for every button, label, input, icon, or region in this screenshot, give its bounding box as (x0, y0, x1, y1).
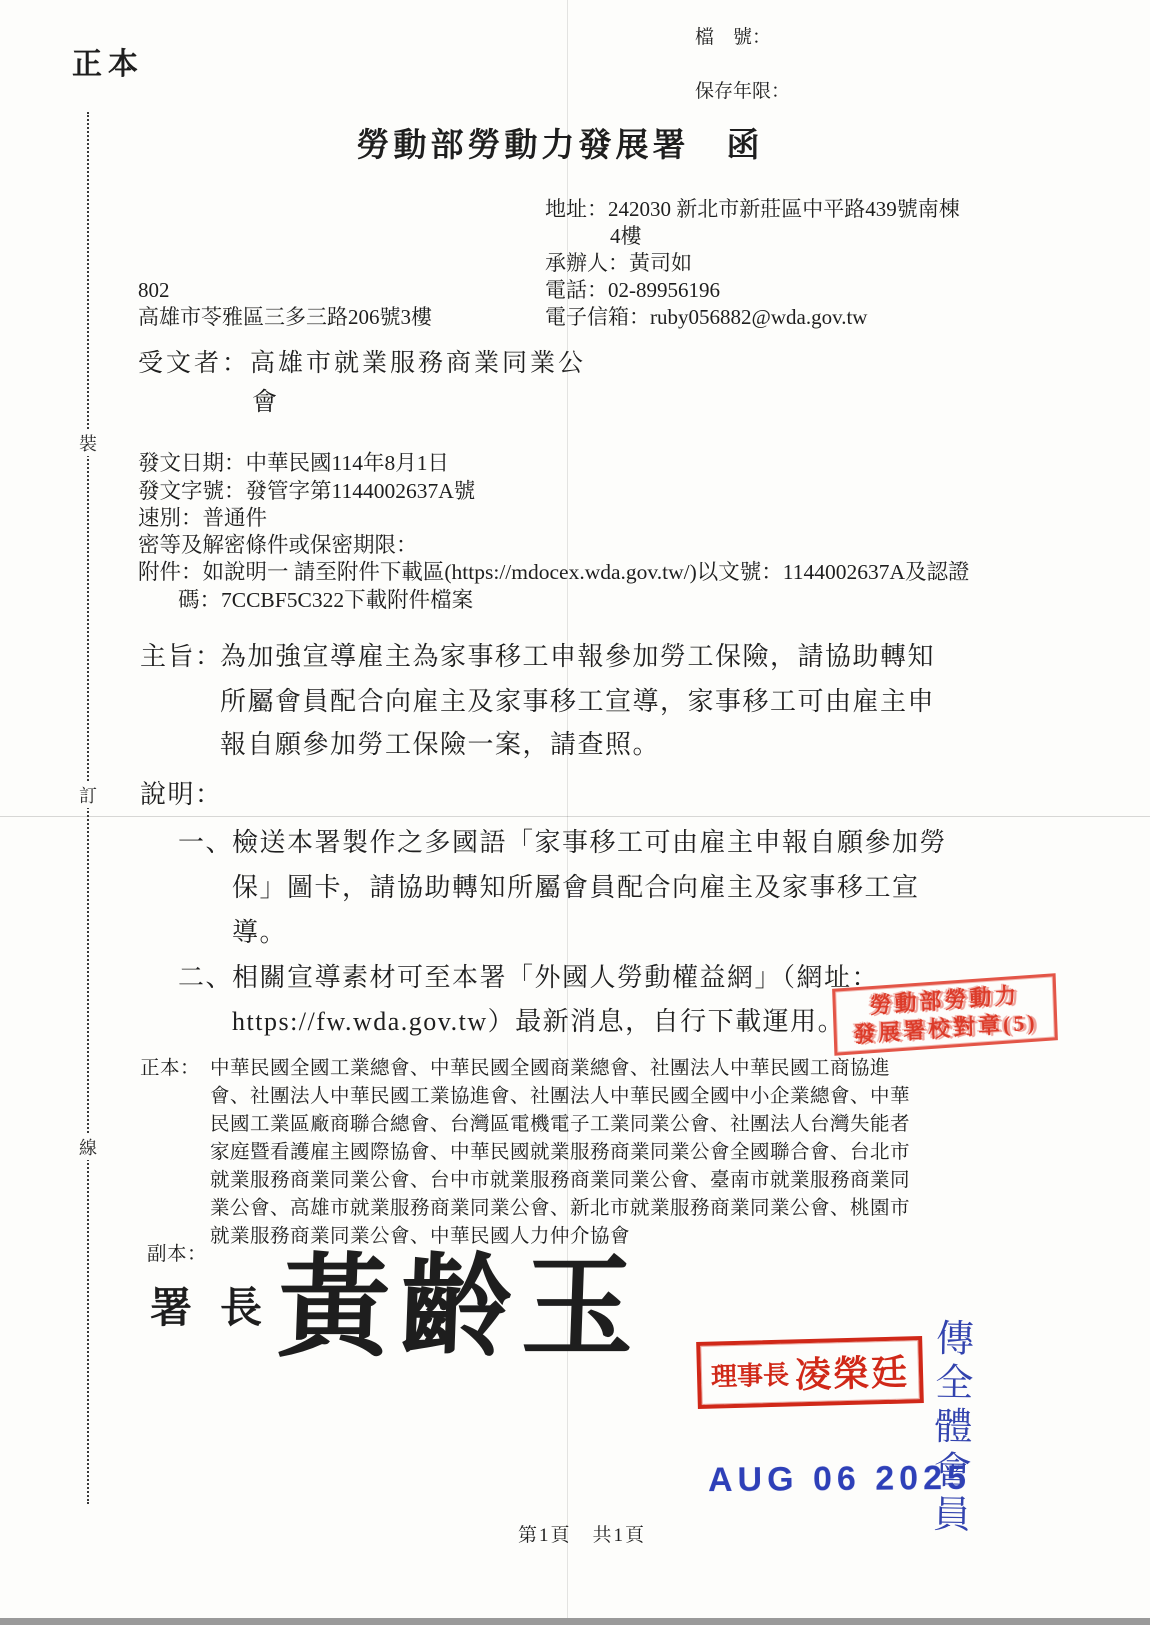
scan-artifact-line (0, 816, 1150, 817)
meta-doc-number: 發文字號：發管字第1144002637A號 (138, 478, 475, 505)
binding-mark-xian: 線 (74, 1134, 102, 1160)
cc-line: 業公會、高雄市就業服務商業同業公會、新北市就業服務商業同業公會、桃園市 (210, 1197, 910, 1221)
recipient-address: 高雄市苓雅區三多三路206號3樓 (138, 304, 432, 330)
cc-line: 民國工業區廠商聯合總會、台灣區電機電子工業同業公會、社團法人台灣失能者 (210, 1113, 910, 1137)
item2-line: https://fw.wda.gov.tw）最新消息，自行下載運用。 (232, 1006, 845, 1039)
sender-phone: 電話：02-89956196 (545, 277, 720, 303)
subject-line: 為加強宣導雇主為家事移工申報參加勞工保險，請協助轉知 (220, 641, 935, 674)
document-title: 勞動部勞動力發展署 函 (315, 126, 805, 167)
item2-number: 二、 (178, 962, 233, 995)
cc-line: 中華民國全國工業總會、中華民國全國商業總會、社團法人中華民國工商協進 (210, 1057, 890, 1081)
binding-mark-zhuang: 裝 (74, 430, 102, 456)
sender-contact-person: 承辦人：黃司如 (545, 250, 692, 276)
page-number-footer: 第1頁 共1頁 (518, 1524, 646, 1548)
sender-address-line1: 地址：242030 新北市新莊區中平路439號南棟 (545, 196, 960, 222)
copy-type-label: 正本 (72, 46, 144, 84)
item1-line: 保」圖卡，請協助轉知所屬會員配合向雇主及家事移工宣 (232, 872, 920, 905)
cc-line: 會、社團法人中華民國工業協進會、社團法人中華民國全國中小企業總會、中華 (210, 1085, 910, 1109)
handwritten-note: 傳全體會員 (920, 1318, 979, 1539)
sender-email: 電子信箱：ruby056882@wda.gov.tw (545, 304, 867, 330)
bcc-label: 副本： (147, 1243, 207, 1267)
file-number-label: 檔 號： (695, 26, 771, 50)
subject-line: 報自願參加勞工保險一案，請查照。 (220, 729, 660, 762)
subject-label: 主旨： (140, 641, 223, 674)
meta-issue-date: 發文日期：中華民國114年8月1日 (138, 450, 449, 477)
recipient-zipcode: 802 (138, 277, 170, 303)
meta-attachment-line1: 附件：如說明一 請至附件下載區(https://mdocex.wda.gov.t… (138, 559, 970, 586)
meta-security: 密等及解密條件或保密期限： (138, 532, 418, 559)
item2-line: 相關宣導素材可至本署「外國人勞動權益網」（網址： (232, 962, 879, 995)
meta-attachment-line2: 碼：7CCBF5C322下載附件檔案 (178, 587, 473, 614)
explanation-label: 說明： (140, 779, 223, 812)
cc-line: 就業服務商業同業公會、台中市就業服務商業同業公會、臺南市就業服務商業同 (210, 1169, 910, 1193)
chairman-receipt-stamp: 理事長 凌榮廷 (696, 1336, 924, 1409)
subject-line: 所屬會員配合向雇主及家事移工宣導，家事移工可由雇主申 (220, 686, 935, 719)
chairman-stamp-name: 凌榮廷 (794, 1344, 909, 1398)
cc-line: 家庭暨看護雇主國際協會、中華民國就業服務商業同業公會全國聯合會、台北市 (210, 1141, 910, 1165)
item1-line: 導。 (232, 917, 287, 950)
item1-number: 一、 (178, 827, 233, 860)
retention-period-label: 保存年限： (695, 80, 790, 104)
sender-address-line2: 4樓 (610, 223, 642, 249)
scanned-official-letter: 裝 訂 線 正本 檔 號： 保存年限： 勞動部勞動力發展署 函 地址：24203… (0, 0, 1150, 1625)
scan-fold-line (567, 0, 568, 1625)
cc-label: 正本： (140, 1057, 200, 1081)
signer-signature: 黃齡玉 (276, 1238, 647, 1378)
agency-verification-stamp: 勞動部勞動力 發展署校對章(5) (832, 973, 1058, 1056)
scan-bottom-edge (0, 1618, 1150, 1625)
meta-speed: 速別：普通件 (138, 505, 267, 532)
signer-title: 署長 (150, 1283, 290, 1336)
recipient-name-line2: 會 (252, 387, 280, 418)
binding-dotted-line (87, 112, 89, 1504)
recipient-name-line1: 受文者：高雄市就業服務商業同業公 (138, 348, 586, 379)
binding-mark-ding: 訂 (74, 782, 102, 808)
chairman-stamp-title: 理事長 (711, 1355, 790, 1394)
item1-line: 檢送本署製作之多國語「家事移工可由雇主申報自願參加勞 (232, 827, 947, 860)
